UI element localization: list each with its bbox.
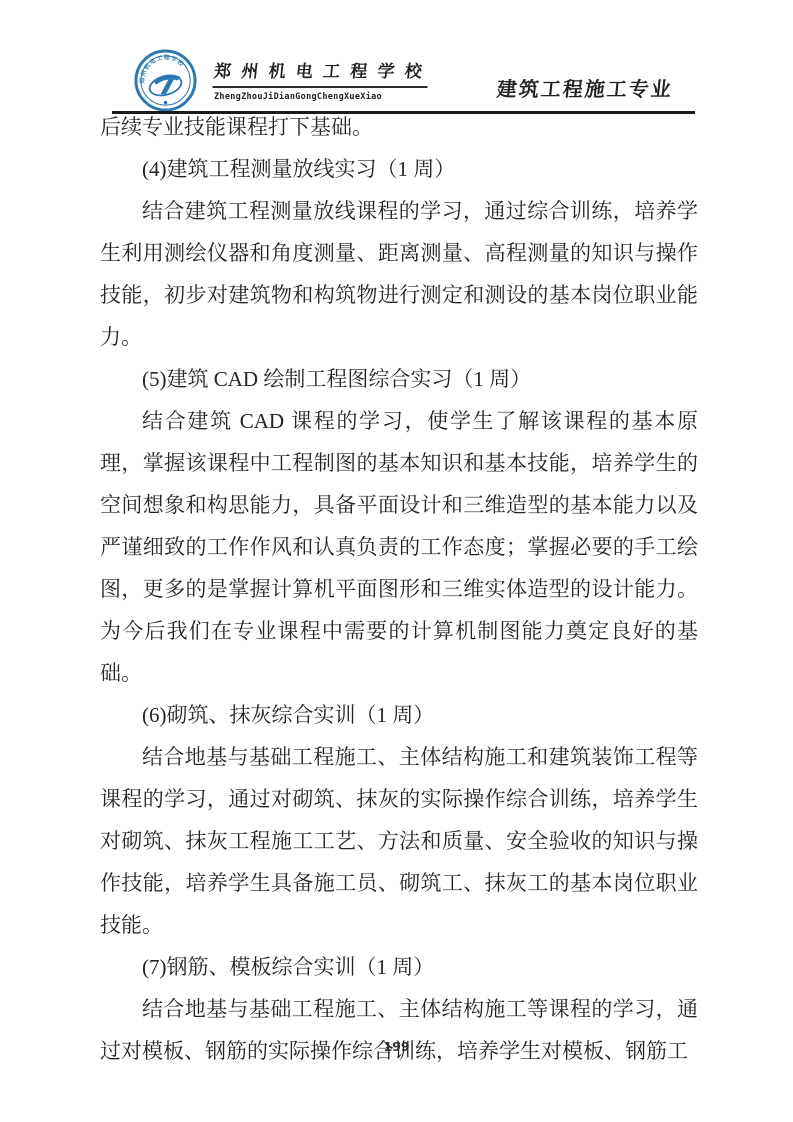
school-logo-icon: 郑州机电工程学校 xyxy=(134,49,197,112)
document-page: 郑州机电工程学校 郑 州 机 电 工 程 学 校 ZhengZhouJiDian… xyxy=(0,0,793,1122)
section-heading-5: (5)建筑 CAD 绘制工程图综合实习（1 周） xyxy=(100,358,698,400)
paragraph: 结合地基与基础工程施工、主体结构施工等课程的学习，通过对模板、钢筋的实际操作综合… xyxy=(100,988,698,1072)
section-heading-7: (7)钢筋、模板综合实训（1 周） xyxy=(100,946,698,988)
school-identity: 郑 州 机 电 工 程 学 校 ZhengZhouJiDianGongCheng… xyxy=(214,57,429,102)
paragraph: 结合地基与基础工程施工、主体结构施工和建筑装饰工程等课程的学习，通过对砌筑、抹灰… xyxy=(100,736,698,946)
section-heading-6: (6)砌筑、抹灰综合实训（1 周） xyxy=(100,694,698,736)
school-name-pinyin: ZhengZhouJiDianGongChengXueXiao xyxy=(214,92,429,102)
school-name: 郑 州 机 电 工 程 学 校 xyxy=(212,57,430,88)
program-title: 建筑工程施工专业 xyxy=(495,73,674,102)
paragraph-continuation: 后续专业技能课程打下基础。 xyxy=(100,106,698,148)
paragraph: 结合建筑 CAD 课程的学习，使学生了解该课程的基本原理，掌握该课程中工程制图的… xyxy=(100,400,698,694)
page-number: 199 xyxy=(0,1039,793,1054)
section-heading-4: (4)建筑工程测量放线实习（1 周） xyxy=(100,148,698,190)
document-body: 后续专业技能课程打下基础。 (4)建筑工程测量放线实习（1 周） 结合建筑工程测… xyxy=(100,106,698,1072)
paragraph: 结合建筑工程测量放线课程的学习，通过综合训练，培养学生利用测绘仪器和角度测量、距… xyxy=(100,190,698,358)
